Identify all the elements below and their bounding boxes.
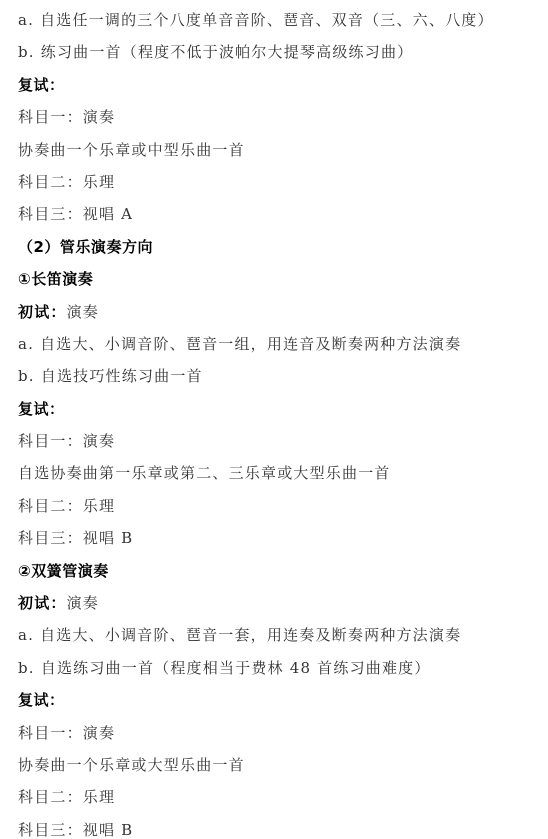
text-line: b. 自选练习曲一首（程度相当于费林 48 首练习曲难度） xyxy=(18,652,548,684)
text-line: 科目二：乐理 xyxy=(18,166,548,198)
text-line: a. 自选大、小调音阶、琶音一套，用连奏及断奏两种方法演奏 xyxy=(18,619,548,651)
line-text: 演奏 xyxy=(67,594,99,612)
line-label: 初试： xyxy=(18,303,67,321)
section-heading: ①长笛演奏 xyxy=(18,263,548,295)
section-heading: ②双簧管演奏 xyxy=(18,555,548,587)
section-heading: 复试： xyxy=(18,393,548,425)
mixed-line: 初试：演奏 xyxy=(18,296,548,328)
text-line: 协奏曲一个乐章或大型乐曲一首 xyxy=(18,749,548,781)
text-line: 自选协奏曲第一乐章或第二、三乐章或大型乐曲一首 xyxy=(18,457,548,489)
section-heading: （2）管乐演奏方向 xyxy=(18,231,548,263)
line-label: 初试： xyxy=(18,594,67,612)
text-line: 科目二：乐理 xyxy=(18,781,548,813)
text-line: 科目三：视唱 A xyxy=(18,198,548,230)
text-line: a. 自选任一调的三个八度单音音阶、琶音、双音（三、六、八度） xyxy=(18,4,548,36)
text-line: 科目三：视唱 B xyxy=(18,814,548,839)
text-line: 科目一：演奏 xyxy=(18,425,548,457)
section-heading: 复试： xyxy=(18,69,548,101)
text-line: b. 自选技巧性练习曲一首 xyxy=(18,360,548,392)
document-body: a. 自选任一调的三个八度单音音阶、琶音、双音（三、六、八度） b. 练习曲一首… xyxy=(18,4,548,839)
text-line: b. 练习曲一首（程度不低于波帕尔大提琴高级练习曲） xyxy=(18,36,548,68)
text-line: 科目一：演奏 xyxy=(18,717,548,749)
text-line: 科目二：乐理 xyxy=(18,490,548,522)
section-heading: 复试： xyxy=(18,684,548,716)
text-line: 科目一：演奏 xyxy=(18,101,548,133)
mixed-line: 初试：演奏 xyxy=(18,587,548,619)
text-line: 协奏曲一个乐章或中型乐曲一首 xyxy=(18,134,548,166)
text-line: a. 自选大、小调音阶、琶音一组，用连音及断奏两种方法演奏 xyxy=(18,328,548,360)
text-line: 科目三：视唱 B xyxy=(18,522,548,554)
line-text: 演奏 xyxy=(67,303,99,321)
